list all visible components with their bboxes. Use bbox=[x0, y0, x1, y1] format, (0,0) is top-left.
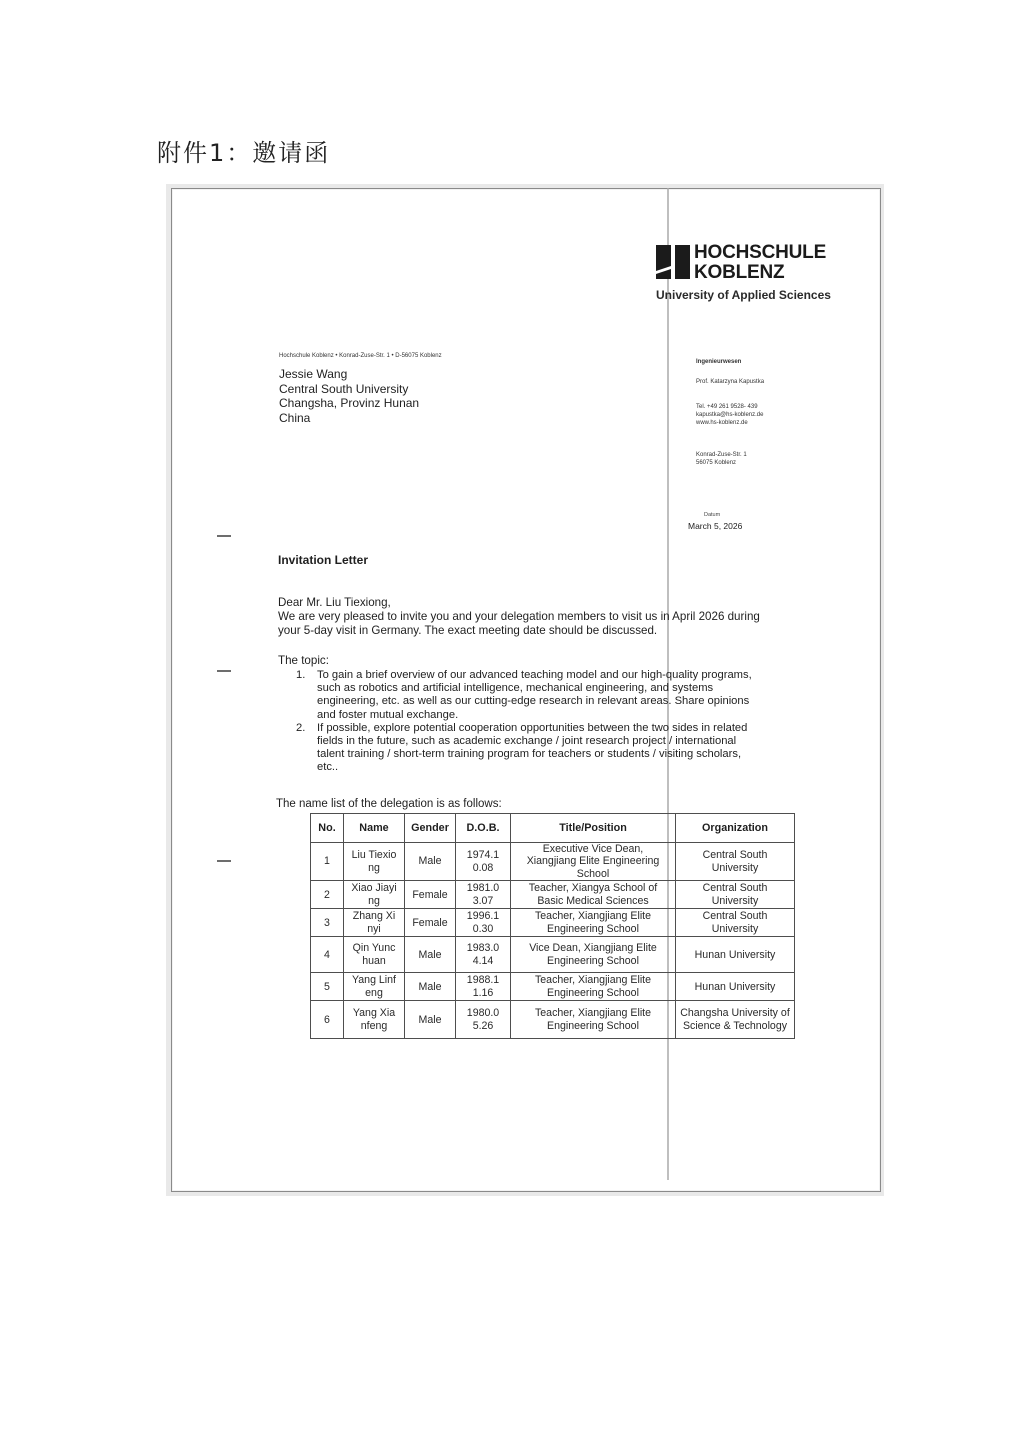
cell-title-position: Vice Dean, Xiangjiang Elite Engineering … bbox=[511, 937, 676, 973]
sidebar-contact-person: Prof. Katarzyna Kapustka bbox=[696, 378, 764, 387]
cell-gender: Male bbox=[405, 937, 456, 973]
cell-title-position: Teacher, Xiangya School of Basic Medical… bbox=[511, 881, 676, 909]
cell-no: 4 bbox=[311, 937, 344, 973]
cell-dob: 1983.04.14 bbox=[456, 937, 511, 973]
cell-title-position: Teacher, Xiangjiang Elite Engineering Sc… bbox=[511, 909, 676, 937]
cell-dob: 1974.10.08 bbox=[456, 843, 511, 881]
letter-title: Invitation Letter bbox=[278, 553, 368, 567]
header-gender: Gender bbox=[405, 814, 456, 843]
cell-title-position: Teacher, Xiangjiang Elite Engineering Sc… bbox=[511, 1001, 676, 1039]
salutation: Dear Mr. Liu Tiexiong, bbox=[278, 596, 798, 610]
topic-label: The topic: bbox=[278, 654, 329, 667]
cell-title-position: Teacher, Xiangjiang Elite Engineering Sc… bbox=[511, 973, 676, 1001]
cell-organization: Hunan University bbox=[676, 937, 795, 973]
header-no: No. bbox=[311, 814, 344, 843]
cell-organization: Central South University bbox=[676, 909, 795, 937]
topic-number: 1. bbox=[296, 669, 305, 682]
date-label: Datum bbox=[704, 512, 720, 518]
cell-organization: Central South University bbox=[676, 843, 795, 881]
cell-no: 2 bbox=[311, 881, 344, 909]
topic-item: 1. To gain a brief overview of our advan… bbox=[296, 669, 796, 722]
header-name: Name bbox=[344, 814, 405, 843]
sidebar-postcode-city: 56075 Koblenz bbox=[696, 459, 736, 468]
recipient-institution: Central South University bbox=[279, 382, 419, 397]
hs-koblenz-logo-mark-icon bbox=[656, 245, 690, 279]
cell-name: Liu Tiexiong bbox=[344, 843, 405, 881]
table-header-row: No. Name Gender D.O.B. Title/Position Or… bbox=[311, 814, 795, 843]
cell-no: 5 bbox=[311, 973, 344, 1001]
table-row: 3Zhang XinyiFemale1996.10.30Teacher, Xia… bbox=[311, 909, 795, 937]
sidebar-department: Ingenieurwesen bbox=[696, 358, 741, 367]
cell-gender: Female bbox=[405, 881, 456, 909]
cell-name: Yang Linfeng bbox=[344, 973, 405, 1001]
table-row: 4Qin YunchuanMale1983.04.14Vice Dean, Xi… bbox=[311, 937, 795, 973]
sender-return-address: Hochschule Koblenz • Konrad-Zuse-Str. 1 … bbox=[279, 353, 442, 359]
cell-name: Qin Yunchuan bbox=[344, 937, 405, 973]
sidebar-website: www.hs-koblenz.de bbox=[696, 419, 748, 428]
cell-name: Yang Xianfeng bbox=[344, 1001, 405, 1039]
cell-title-position: Executive Vice Dean, Xiangjiang Elite En… bbox=[511, 843, 676, 881]
punch-mark bbox=[217, 860, 231, 862]
cell-organization: Central South University bbox=[676, 881, 795, 909]
header-title-position: Title/Position bbox=[511, 814, 676, 843]
cell-no: 1 bbox=[311, 843, 344, 881]
table-row: 5Yang LinfengMale1988.11.16Teacher, Xian… bbox=[311, 973, 795, 1001]
topic-item: 2. If possible, explore potential cooper… bbox=[296, 722, 796, 775]
logo-subtitle: University of Applied Sciences bbox=[656, 288, 831, 302]
body-line: We are very pleased to invite you and yo… bbox=[278, 610, 798, 624]
punch-mark bbox=[217, 535, 231, 537]
attachment-heading: 附件1：邀请函 bbox=[157, 133, 330, 168]
cell-name: Zhang Xinyi bbox=[344, 909, 405, 937]
table-row: 6Yang XianfengMale1980.05.26Teacher, Xia… bbox=[311, 1001, 795, 1039]
delegation-table: No. Name Gender D.O.B. Title/Position Or… bbox=[310, 813, 795, 1039]
body-line: your 5-day visit in Germany. The exact m… bbox=[278, 624, 798, 638]
table-row: 1Liu TiexiongMale1974.10.08Executive Vic… bbox=[311, 843, 795, 881]
cell-dob: 1996.10.30 bbox=[456, 909, 511, 937]
cell-gender: Male bbox=[405, 973, 456, 1001]
cell-dob: 1988.11.16 bbox=[456, 973, 511, 1001]
cell-dob: 1981.03.07 bbox=[456, 881, 511, 909]
recipient-name: Jessie Wang bbox=[279, 367, 419, 382]
cell-gender: Male bbox=[405, 843, 456, 881]
header-dob: D.O.B. bbox=[456, 814, 511, 843]
recipient-city: Changsha, Provinz Hunan bbox=[279, 396, 419, 411]
header-organization: Organization bbox=[676, 814, 795, 843]
table-row: 2Xiao JiayingFemale1981.03.07Teacher, Xi… bbox=[311, 881, 795, 909]
cell-name: Xiao Jiaying bbox=[344, 881, 405, 909]
topic-number: 2. bbox=[296, 722, 305, 735]
cell-organization: Changsha University of Science & Technol… bbox=[676, 1001, 795, 1039]
letter-date: March 5, 2026 bbox=[688, 521, 742, 531]
delegation-list-intro: The name list of the delegation is as fo… bbox=[276, 798, 502, 810]
letter-body: Dear Mr. Liu Tiexiong, We are very pleas… bbox=[278, 596, 798, 639]
cell-gender: Male bbox=[405, 1001, 456, 1039]
cell-no: 6 bbox=[311, 1001, 344, 1039]
punch-mark bbox=[217, 670, 231, 672]
cell-gender: Female bbox=[405, 909, 456, 937]
topic-list: 1. To gain a brief overview of our advan… bbox=[296, 669, 796, 775]
recipient-address: Jessie Wang Central South University Cha… bbox=[279, 367, 419, 425]
cell-dob: 1980.05.26 bbox=[456, 1001, 511, 1039]
cell-no: 3 bbox=[311, 909, 344, 937]
recipient-country: China bbox=[279, 411, 419, 426]
logo-wordmark: HOCHSCHULE KOBLENZ bbox=[694, 243, 826, 283]
cell-organization: Hunan University bbox=[676, 973, 795, 1001]
